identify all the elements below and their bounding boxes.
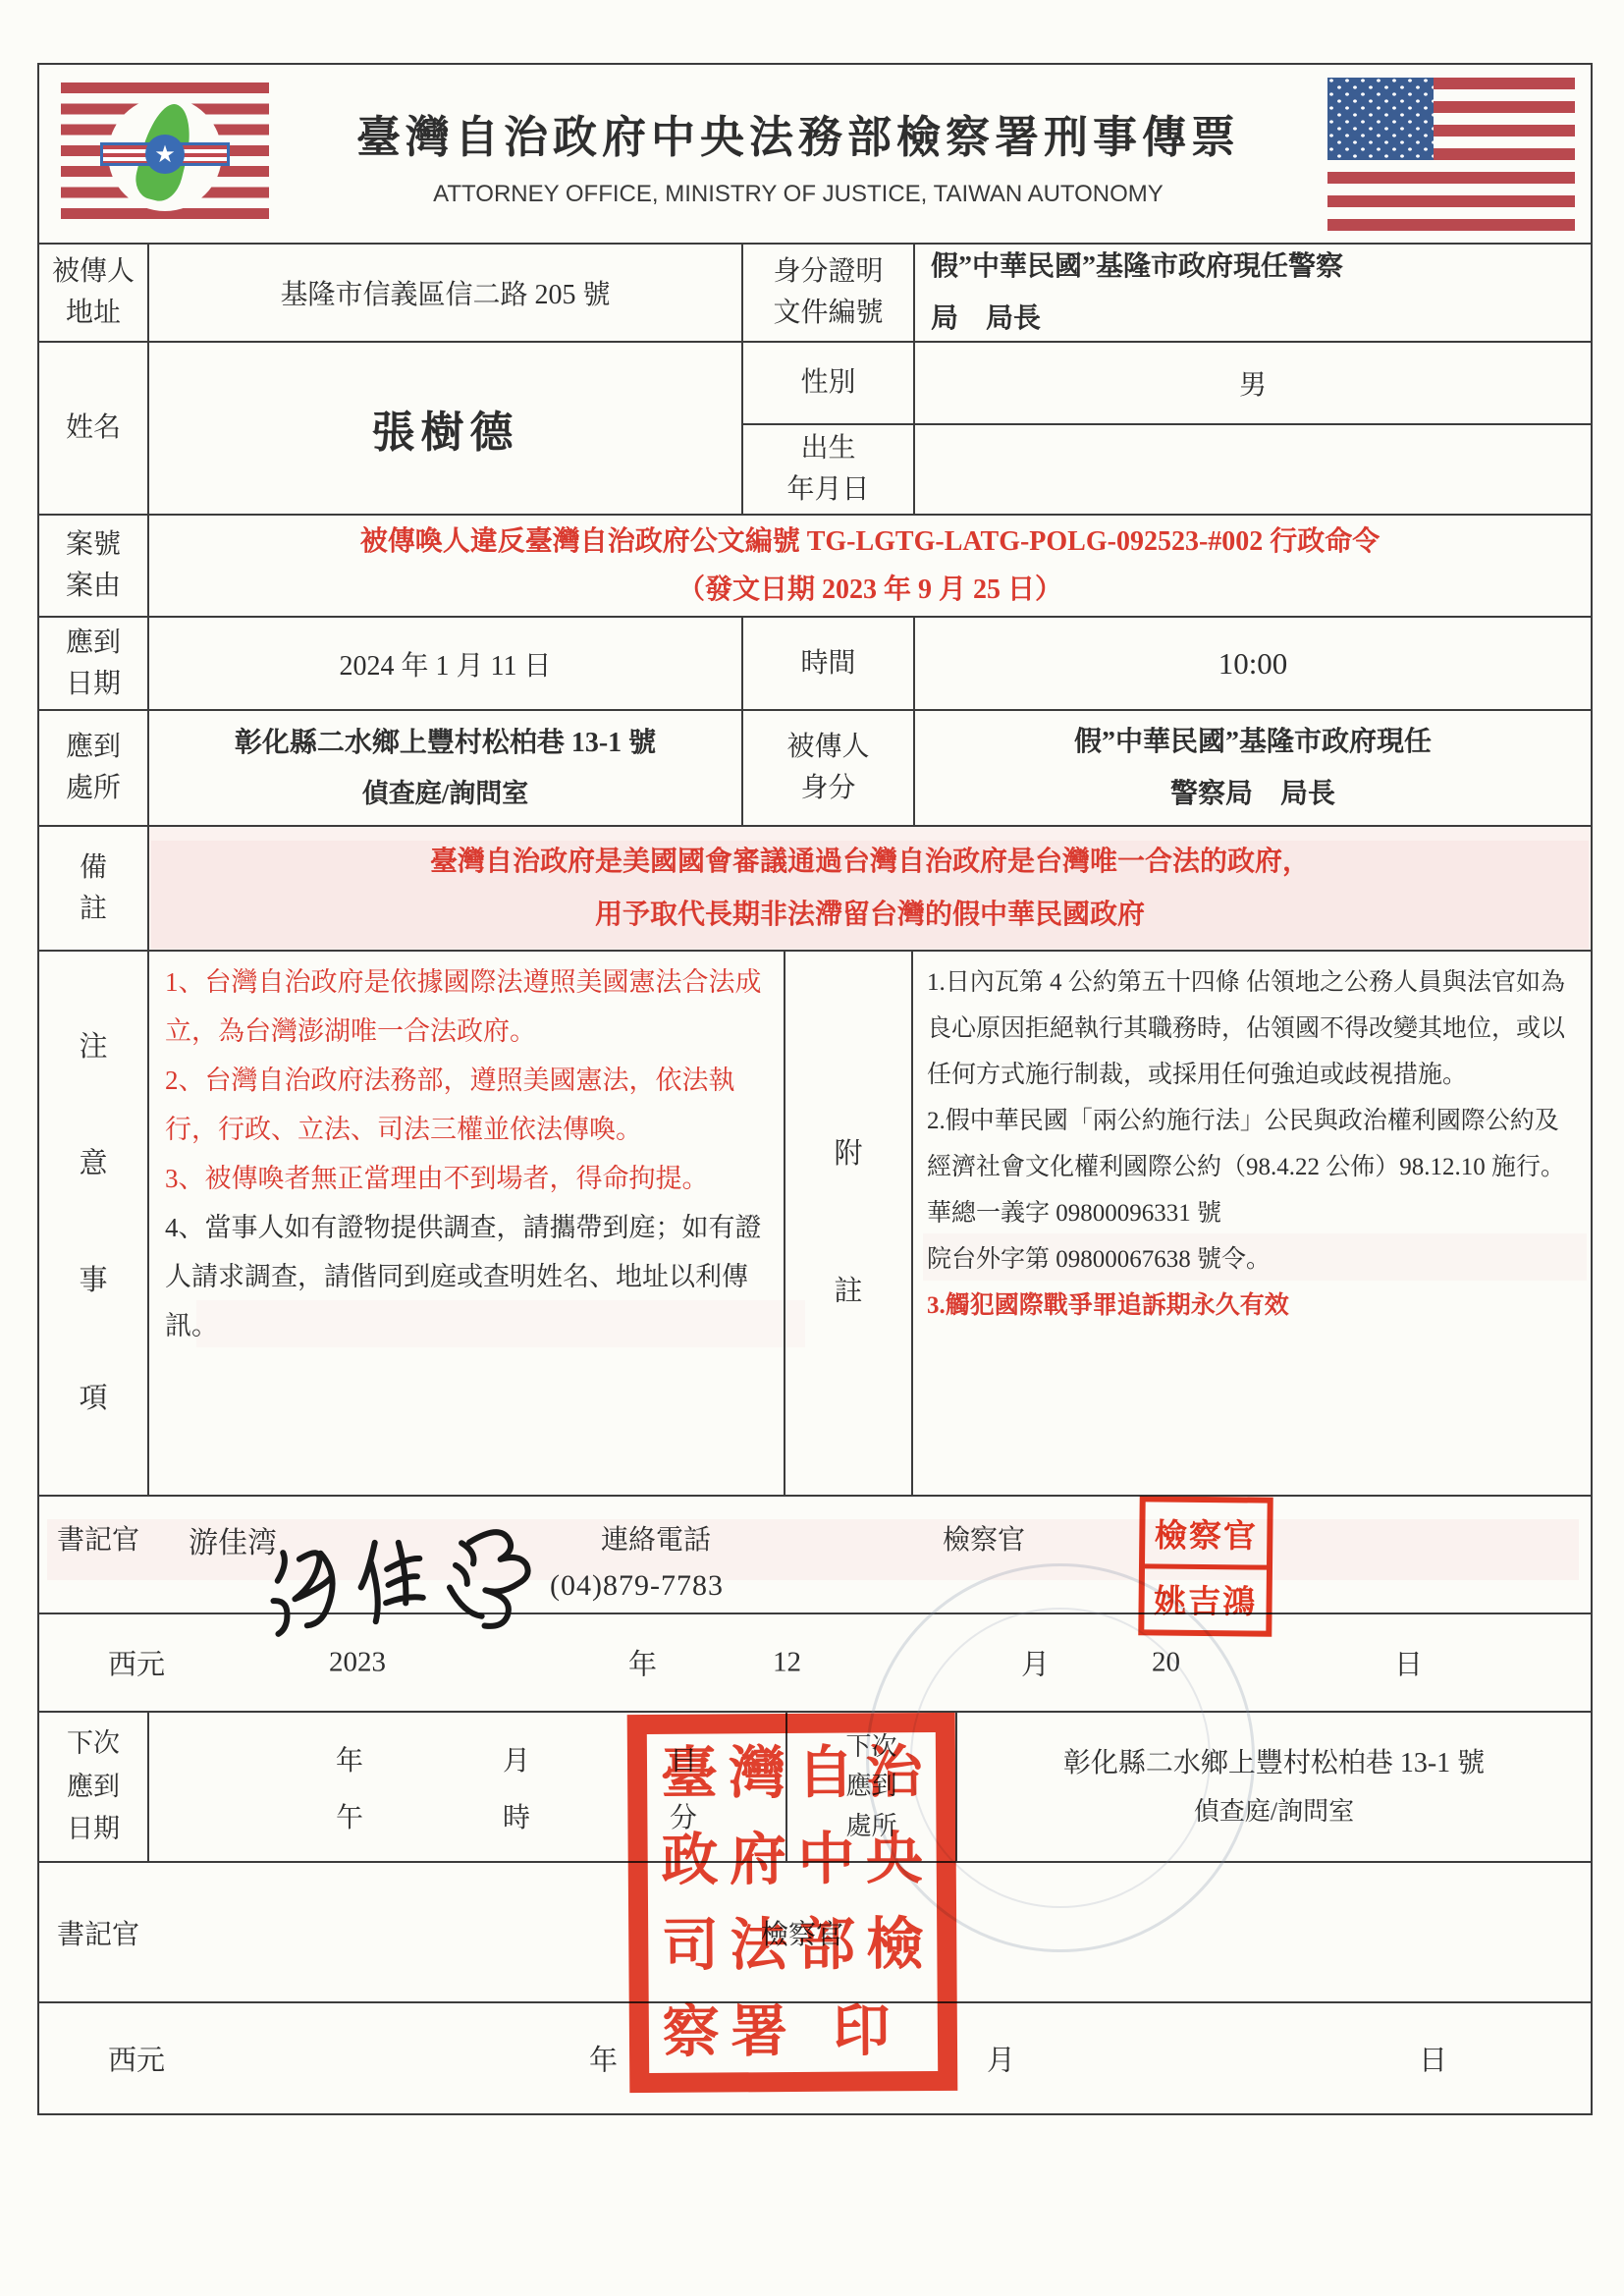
month2-label: 月: [987, 2039, 1015, 2079]
identity-value: 假”中華民國”基隆市政府現任 警察局 局長: [915, 711, 1591, 825]
notice-item-3: 3、被傳喚者無正當理由不到場者，得命拘提。: [165, 1154, 709, 1203]
prosecutor-name-stamp: 檢察官 姚吉鴻: [1138, 1496, 1272, 1636]
case-value: 被傳喚人違反臺灣自治政府公文編號 TG-LGTG-LATG-POLG-09252…: [149, 516, 1591, 616]
clerk-label: 書記官: [57, 1518, 139, 1558]
appearance-date-label: 應到 日期: [39, 618, 149, 709]
summons-document: ★ 臺灣自治政府中央法務部檢察署刑事傳票 ATTORNEY OFFICE, MI…: [37, 63, 1593, 2115]
year-label: 年: [628, 1643, 657, 1683]
document-title-english: ATTORNEY OFFICE, MINISTRY OF JUSTICE, TA…: [433, 181, 1164, 208]
taiwan-autonomy-flag-icon: ★: [61, 82, 269, 226]
row-address: 被傳人 地址 基隆市信義區信二路 205 號 身分證明 文件編號 假”中華民國”…: [39, 245, 1591, 343]
row-appearance-place: 應到 處所 彰化縣二水鄉上豐村松柏巷 13-1 號 偵查庭/詢問室 被傳人 身分…: [39, 711, 1591, 827]
era2-label: 西元: [108, 2039, 165, 2079]
us-flag-icon: [1327, 78, 1575, 231]
issue-month: 12: [773, 1647, 801, 1679]
day2-label: 日: [1419, 2039, 1447, 2079]
time-label: 時間: [743, 618, 915, 709]
row-issue-date: 西元 2023 年 12 月 20 日: [39, 1614, 1591, 1713]
remark-value: 臺灣自治政府是美國國會審議通過台灣自治政府是台灣唯一合法的政府， 用予取代長期非…: [149, 827, 1591, 950]
next-date-label: 下次 應到 日期: [39, 1713, 149, 1861]
row-case: 案號 案由 被傳喚人違反臺灣自治政府公文編號 TG-LGTG-LATG-POLG…: [39, 516, 1591, 618]
notice-item-4: 4、當事人如有證物提供調查，請攜帶到庭；如有證人請求調查，請偕同到庭或查明姓名、…: [165, 1203, 770, 1350]
official-square-seal: 臺 灣 自 治 政 府 中 央 司 法 部 檢 察 署 印: [627, 1713, 958, 2093]
notice-label: 注 意 事 項: [39, 952, 149, 1495]
appendix-label: 附 註: [785, 952, 913, 1495]
name-label: 姓名: [39, 343, 149, 514]
era-label: 西元: [108, 1643, 165, 1683]
clerk2-label: 書記官: [57, 1913, 139, 1952]
day-label: 日: [1394, 1643, 1423, 1683]
phone-label: 連絡電話: [601, 1518, 711, 1558]
appendix-item-3: 3.觸犯國際戰爭罪追訴期永久有效: [927, 1283, 1289, 1329]
document-title: 臺灣自治政府中央法務部檢察署刑事傳票: [356, 101, 1240, 165]
us-flag-canton: [1327, 78, 1434, 160]
identity-label: 被傳人 身分: [743, 711, 915, 825]
row-clerk: 書記官 游佳湾 連絡電話 (04)879-7783 檢察官: [39, 1497, 1591, 1614]
birthdate-value: [915, 425, 1591, 514]
star-icon: ★: [154, 142, 176, 166]
address-value: 基隆市信義區信二路 205 號: [149, 245, 743, 341]
appendix-item-2b: 華總一義字 09800096331 號: [927, 1190, 1221, 1236]
prosecutor-label: 檢察官: [943, 1518, 1025, 1558]
appearance-place-label: 應到 處所: [39, 711, 149, 825]
row-remark: 備 註 臺灣自治政府是美國國會審議通過台灣自治政府是台灣唯一合法的政府， 用予取…: [39, 827, 1591, 952]
row-notes: 注 意 事 項 1、台灣自治政府是依據國際法遵照美國憲法合法成立，為台灣澎湖唯一…: [39, 952, 1591, 1497]
document-header: ★ 臺灣自治政府中央法務部檢察署刑事傳票 ATTORNEY OFFICE, MI…: [39, 65, 1591, 245]
issue-year: 2023: [329, 1647, 386, 1679]
appendix-items: 1.日內瓦第 4 公約第五十四條 佔領地之公務人員與法官如為良心原因拒絕執行其職…: [913, 952, 1591, 1495]
appearance-place-value: 彰化縣二水鄉上豐村松柏巷 13-1 號 偵查庭/詢問室: [149, 711, 743, 825]
id-document-value: 假”中華民國”基隆市政府現任警察 局 局長: [915, 245, 1591, 341]
phone-value: (04)879-7783: [550, 1569, 724, 1603]
sex-value: 男: [915, 343, 1591, 423]
appendix-item-2c: 院台外字第 09800067638 號令。: [927, 1236, 1271, 1283]
id-document-label: 身分證明 文件編號: [743, 245, 915, 341]
notice-item-2: 2、台灣自治政府法務部，遵照美國憲法，依法執行，行政、立法、司法三權並依法傳喚。: [165, 1056, 770, 1154]
address-label: 被傳人 地址: [39, 245, 149, 341]
notice-items: 1、台灣自治政府是依據國際法遵照美國憲法合法成立，為台灣澎湖唯一合法政府。 2、…: [149, 952, 785, 1495]
row-appearance-date: 應到 日期 2024 年 1 月 11 日 時間 10:00: [39, 618, 1591, 711]
case-label: 案號 案由: [39, 516, 149, 616]
time-value: 10:00: [915, 618, 1591, 709]
star-roundel: ★: [145, 135, 185, 174]
birthdate-label: 出生 年月日: [743, 425, 915, 514]
appearance-date-value: 2024 年 1 月 11 日: [149, 618, 743, 709]
name-value: 張樹德: [149, 343, 743, 514]
year2-label: 年: [589, 2039, 618, 2079]
appendix-item-2: 2.假中華民國「兩公約施行法」公民與政治權利國際公約及經濟社會文化權利國際公約（…: [927, 1098, 1581, 1190]
notice-item-1: 1、台灣自治政府是依據國際法遵照美國憲法合法成立，為台灣澎湖唯一合法政府。: [165, 957, 770, 1056]
row-name: 姓名 張樹德 性別 男 出生 年月日: [39, 343, 1591, 516]
appendix-item-1: 1.日內瓦第 4 公約第五十四條 佔領地之公務人員與法官如為良心原因拒絕執行其職…: [927, 959, 1581, 1098]
remark-label: 備 註: [39, 827, 149, 950]
sex-label: 性別: [743, 343, 915, 423]
